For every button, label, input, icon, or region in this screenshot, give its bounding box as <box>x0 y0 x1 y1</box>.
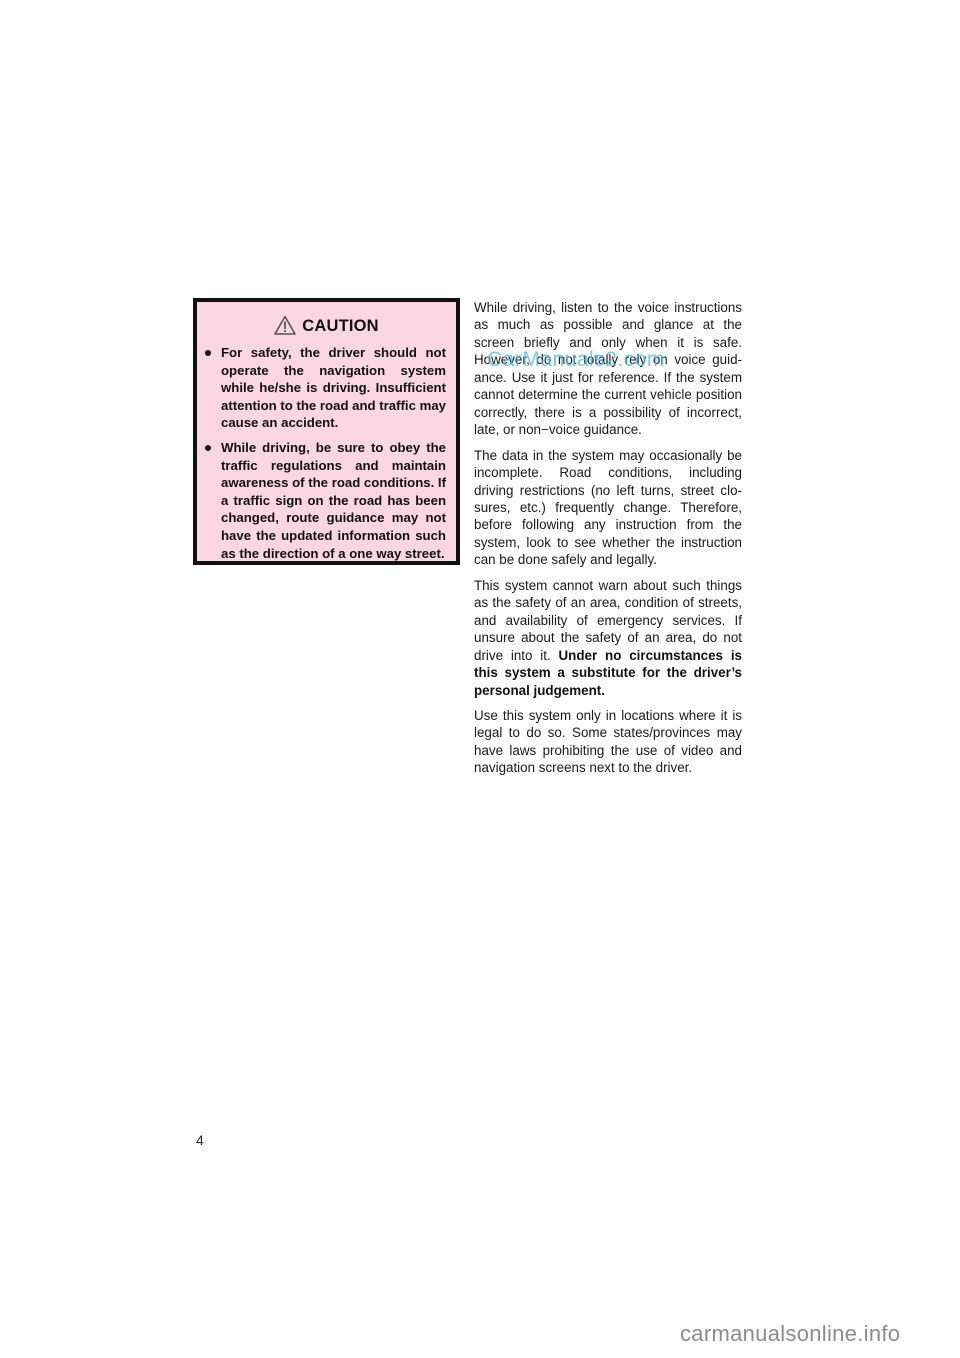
paragraph-data-incomplete: The data in the system may occasionally … <box>474 447 742 569</box>
paragraph-legal-use: Use this system only in locations where … <box>474 707 742 777</box>
caution-header: CAUTION <box>197 308 456 344</box>
paragraph-text: Use this system only in locations where … <box>474 708 742 775</box>
body-text-column: While driving, listen to the voice instr… <box>474 299 742 785</box>
warning-triangle-icon <box>274 315 296 335</box>
caution-title: CAUTION <box>302 317 379 336</box>
bullet-icon <box>205 350 211 356</box>
caution-item-text: For safety, the driver should not operat… <box>221 345 446 430</box>
caution-item: While driving, be sure to obey the traff… <box>205 439 446 562</box>
paragraph-text: While driving, listen to the voice instr… <box>474 300 742 437</box>
caution-list: For safety, the driver should not operat… <box>197 344 456 562</box>
bullet-icon <box>205 445 211 451</box>
footer-watermark: carmanualsonline.info <box>680 1321 900 1347</box>
paragraph-text: The data in the system may occasionally … <box>474 448 742 568</box>
paragraph-safety-warning: This system cannot warn about such thing… <box>474 577 742 699</box>
caution-box: CAUTION For safety, the driver should no… <box>193 298 460 565</box>
page-number: 4 <box>196 1132 204 1148</box>
caution-item-text: While driving, be sure to obey the traff… <box>221 440 446 561</box>
paragraph-voice-guidance: While driving, listen to the voice instr… <box>474 299 742 439</box>
caution-item: For safety, the driver should not operat… <box>205 344 446 432</box>
